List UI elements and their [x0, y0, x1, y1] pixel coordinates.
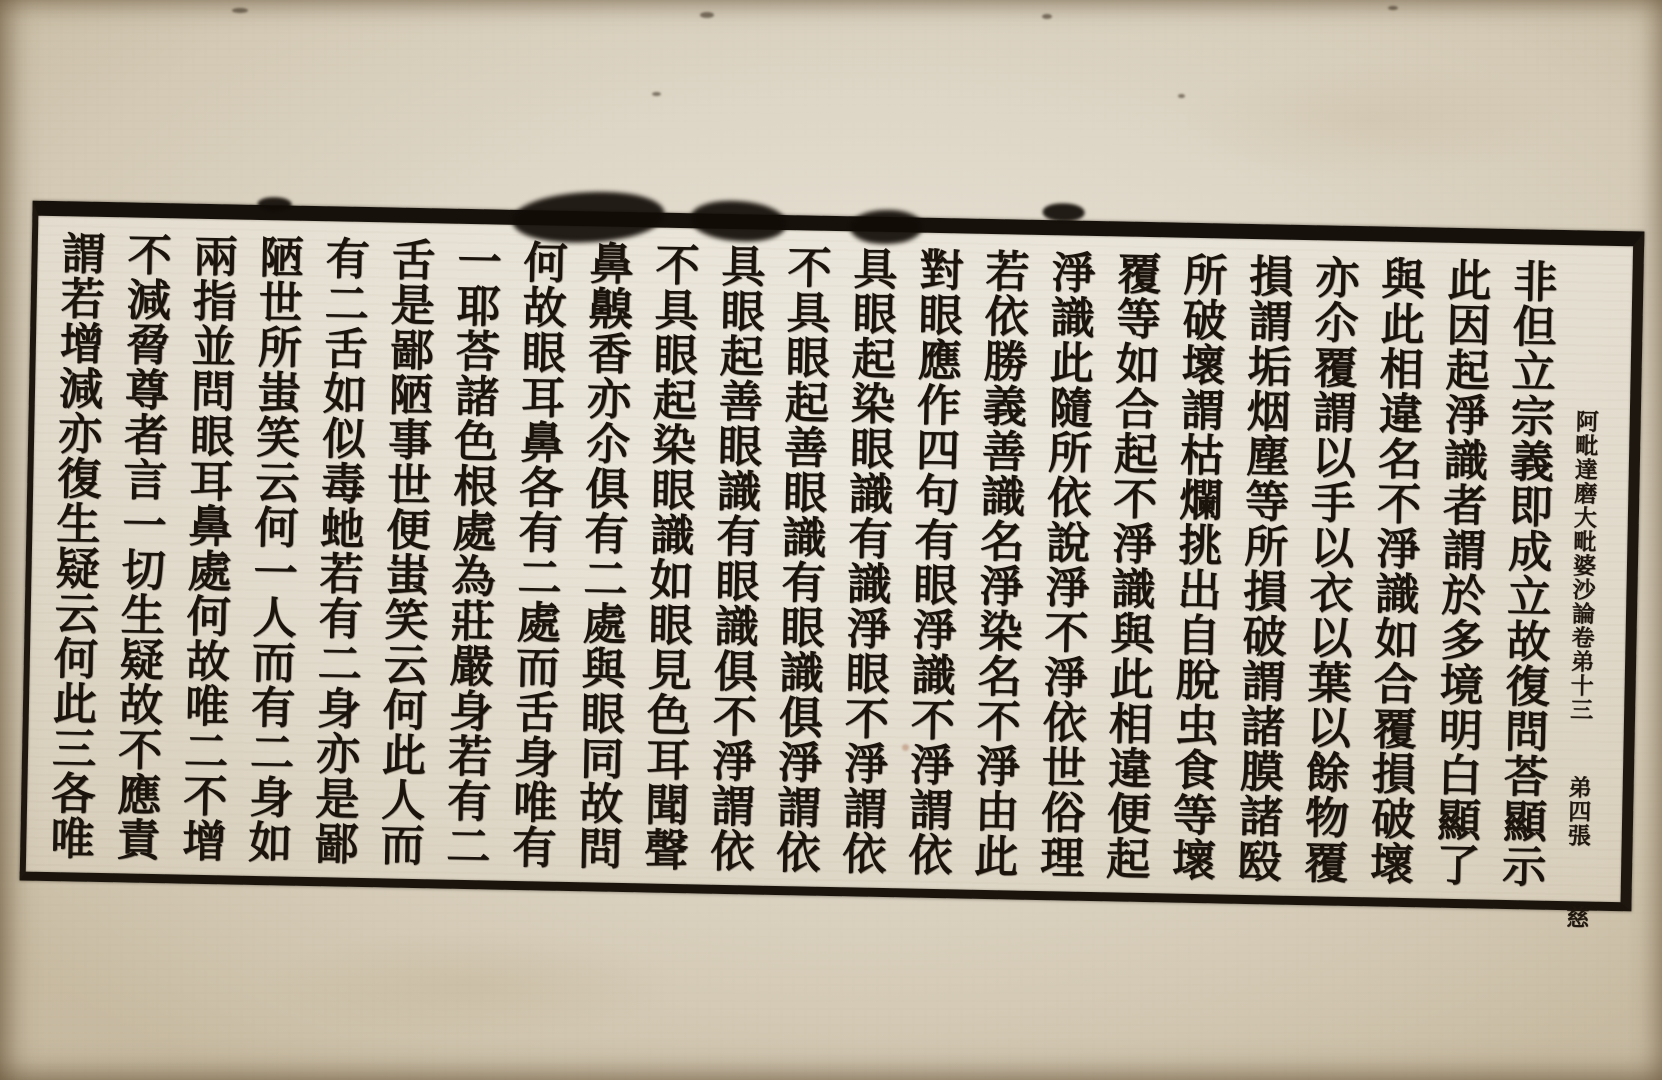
- ink-smudge: [258, 197, 292, 212]
- sheet-number: 弟四張: [1553, 775, 1602, 848]
- text-column: 所破壞謂枯爛挑出自脫虫食等壞: [1156, 251, 1234, 892]
- ink-speck: [652, 92, 661, 96]
- text-column: 有二舌如似毒虵若有二身亦是鄙: [298, 235, 376, 876]
- ink-speck: [700, 12, 714, 18]
- text-column: 此因起淨識者謂於多境明白顯了: [1420, 256, 1498, 897]
- text-block: 阿毗達磨大毗婆沙論卷弟十三 弟四張 慈 非但立宗義即成立故復問荅顯示 此因起淨識…: [34, 230, 1612, 902]
- text-column: 具眼起善眼識有眼識俱不淨謂依: [694, 243, 772, 884]
- text-column: 兩指並問眼耳鼻處何故唯二不增: [166, 232, 244, 873]
- text-column: 覆等如合起不淨識與此相違便起: [1090, 250, 1168, 891]
- text-column: 對眼應作四句有眼淨識不淨謂依: [892, 246, 970, 887]
- text-column: 舌是鄙陋事世便蚩笑云何此人而: [364, 236, 442, 877]
- paper-stain: [1180, 60, 1560, 180]
- text-column: 具眼起染眼識有識淨眼不淨謂依: [826, 245, 904, 886]
- ink-speck: [1388, 6, 1398, 10]
- text-column: 不減脋尊者言一切生疑故不應責: [100, 231, 178, 872]
- text-column: 謂若增減亦復生疑云何此三各唯: [34, 230, 112, 871]
- collation-mark: 慈: [1551, 905, 1599, 930]
- text-column: 一耶荅諸色根處為莊嚴身若有二: [430, 237, 508, 878]
- text-column: 淨識此隨所依說淨不淨依世俗理: [1024, 249, 1102, 890]
- volume-title: 阿毗達磨大毗婆沙論卷弟十三: [1555, 409, 1609, 722]
- text-column: 不具眼起染眼識如眼見色耳聞聲: [628, 241, 706, 882]
- text-column: 損謂垢烟塵等所損破謂諸膜諸殹: [1222, 253, 1300, 894]
- text-column: 何故眼耳鼻各有二處而舌身唯有: [496, 239, 574, 880]
- ink-speck: [1042, 14, 1052, 19]
- ink-speck: [1178, 94, 1185, 98]
- printed-text-frame: 阿毗達磨大毗婆沙論卷弟十三 弟四張 慈 非但立宗義即成立故復問荅顯示 此因起淨識…: [20, 201, 1645, 912]
- text-column: 若依勝義善識名淨染名不淨由此: [958, 248, 1036, 889]
- ink-speck: [232, 8, 248, 13]
- text-column: 非但立宗義即成立故復問荅顯示: [1486, 258, 1564, 899]
- ink-smudge: [689, 198, 788, 245]
- manuscript-paper: 阿毗達磨大毗婆沙論卷弟十三 弟四張 慈 非但立宗義即成立故復問荅顯示 此因起淨識…: [0, 0, 1662, 1080]
- paper-stain: [260, 930, 680, 1040]
- text-column: 不具眼起善眼識有眼識俱淨謂依: [760, 244, 838, 885]
- text-column: 陋世所蚩笑云何一人而有二身如: [232, 234, 310, 875]
- text-column: 鼻齅香亦尒俱有二處與眼同故問: [562, 240, 640, 881]
- text-column: 亦尒覆謂以手以衣以葉以餘物覆: [1288, 254, 1366, 895]
- ink-smudge: [511, 188, 665, 246]
- ink-smudge: [850, 209, 923, 244]
- ink-smudge: [1042, 203, 1084, 222]
- text-column: 與此相違名不淨識如合覆損破壞: [1354, 255, 1432, 896]
